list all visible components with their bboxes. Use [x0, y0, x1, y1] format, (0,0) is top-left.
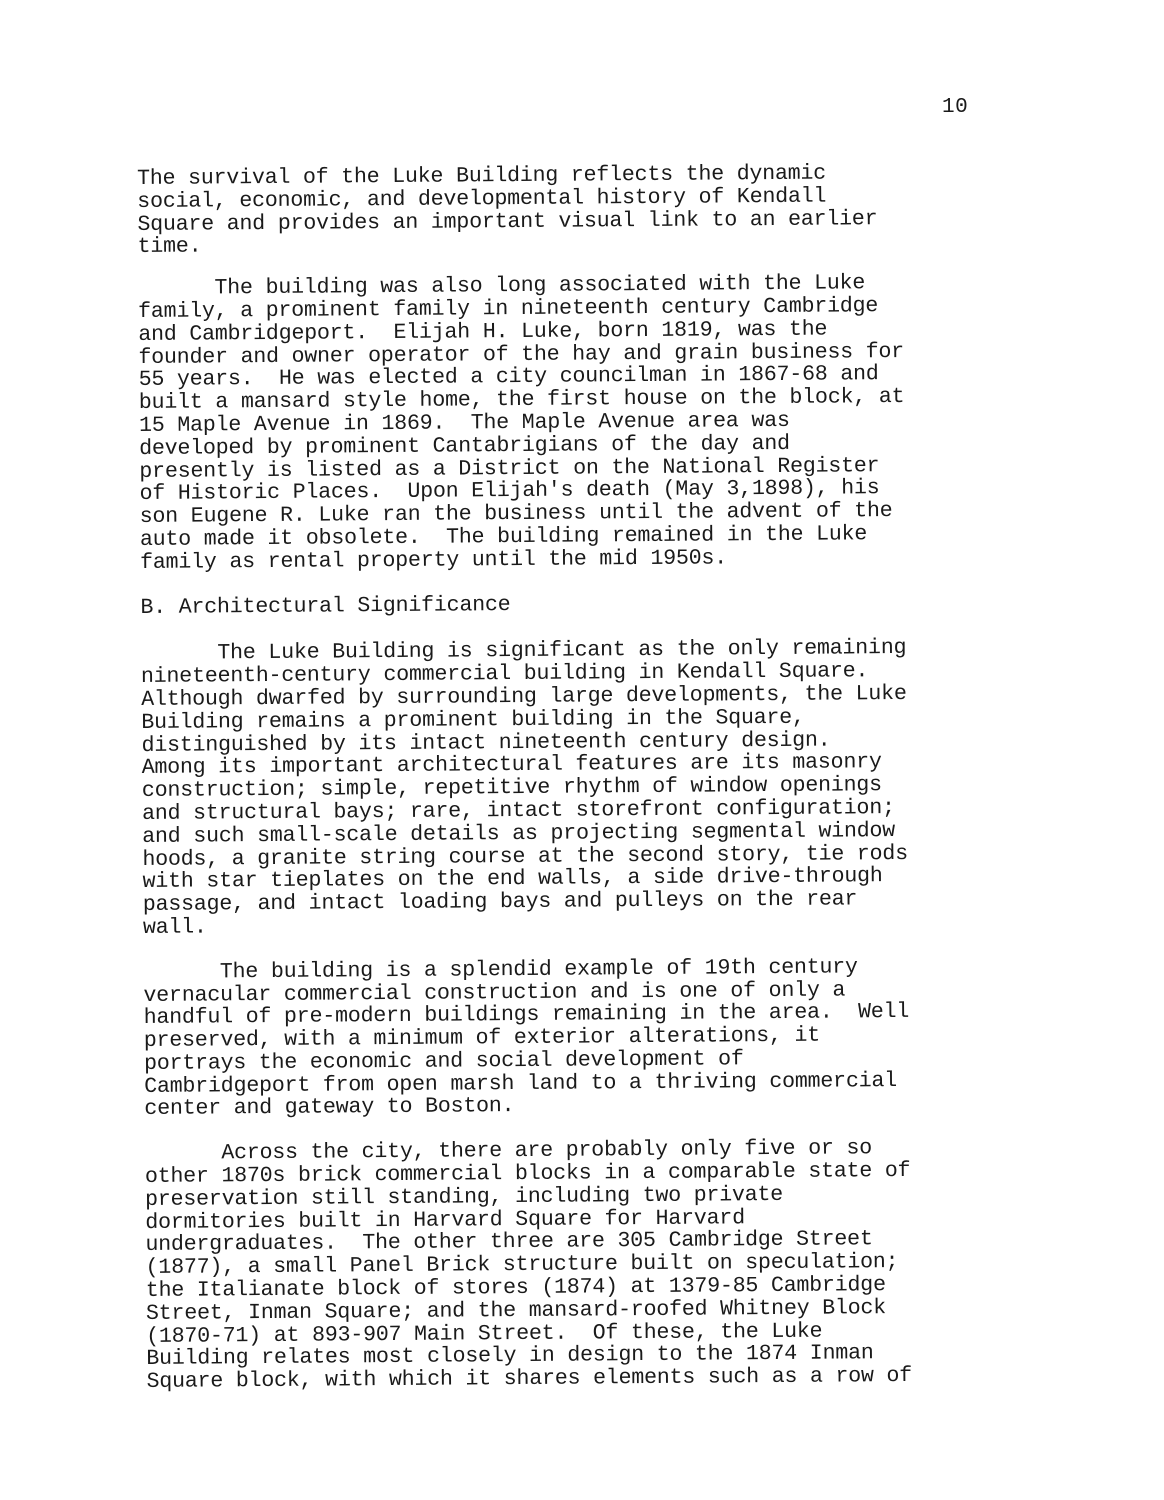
document-page: 10 The survival of the Luke Building ref… [0, 0, 1164, 1500]
text-line: Square block, with which it shares eleme… [146, 1365, 986, 1394]
paragraph-significance: The Luke Building is significant as the … [141, 637, 983, 940]
paragraph-survival: The survival of the Luke Building reflec… [137, 161, 978, 259]
page-number: 10 [942, 96, 968, 120]
paragraph-splendid-example: The building is a splendid example of 19… [143, 955, 984, 1121]
paragraph-across-the-city: Across the city, there are probably only… [145, 1137, 987, 1394]
paragraph-luke-family: The building was also long associated wi… [138, 272, 980, 575]
document-body: The survival of the Luke Building reflec… [137, 161, 987, 1394]
